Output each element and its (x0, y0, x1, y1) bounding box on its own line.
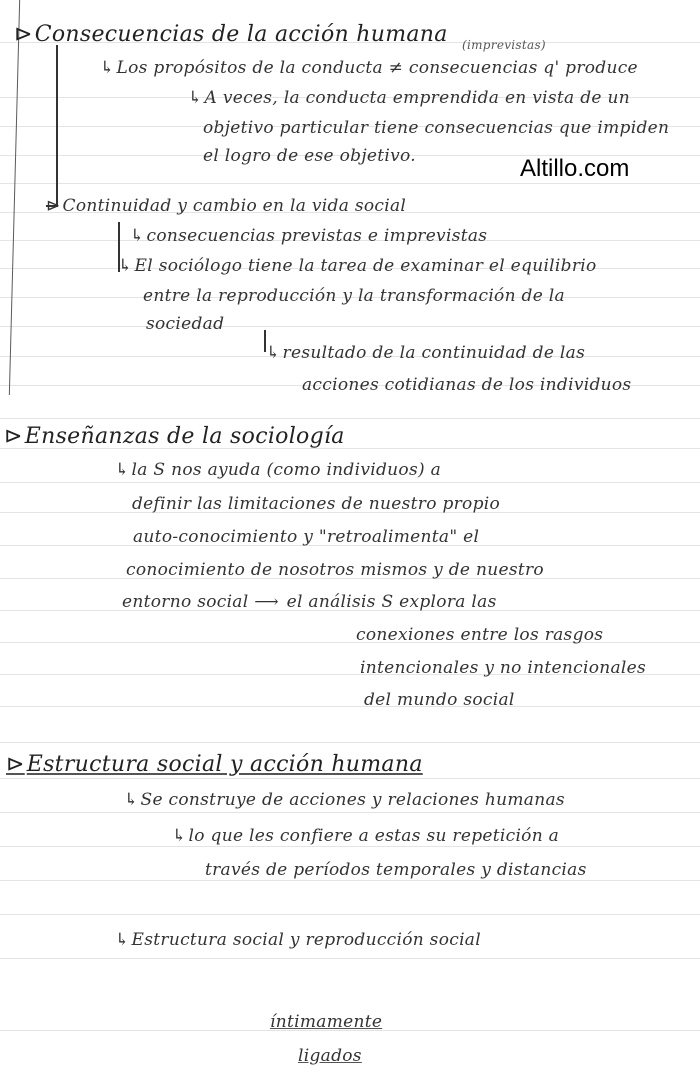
note-line: auto-conocimiento y "retroalimenta" el (133, 527, 479, 547)
long-arrow-icon: ⟶ (254, 592, 279, 612)
section-heading-estructura: ⊳Estructura social y acción humana (6, 752, 423, 777)
ruled-line (0, 914, 700, 915)
note-line: ↳la S nos ayuda (como individuos) a (115, 460, 441, 480)
section-heading-ensenanzas: ⊳Enseñanzas de la sociología (4, 424, 345, 449)
ruled-line (0, 742, 700, 743)
ruled-line (0, 706, 700, 707)
sub-arrow-icon: ↳ (100, 58, 115, 78)
ruled-line (0, 812, 700, 813)
bracket-line (56, 45, 58, 205)
arrow-icon: ⊳ (6, 752, 25, 777)
note-text: resultado de la continuidad de las (283, 343, 586, 363)
note-line: del mundo social (364, 690, 515, 710)
heading-text: Enseñanzas de la sociología (25, 424, 345, 449)
note-line: conexiones entre los rasgos (356, 625, 603, 645)
note-text: entorno social (122, 592, 248, 612)
ruled-line (0, 183, 700, 184)
ruled-line (0, 326, 700, 327)
note-line: objetivo particular tiene consecuencias … (203, 118, 669, 138)
sub-arrow-icon: ↳ (188, 88, 203, 108)
ruled-line (0, 846, 700, 847)
note-text: Estructura social y reproducción social (132, 930, 481, 950)
sub-arrow-icon: ↳ (124, 790, 139, 810)
sub-arrow-icon: ↳ (266, 343, 281, 363)
sub-arrow-icon: ↳ (115, 930, 130, 950)
note-line: ↳Los propósitos de la conducta ≠ consecu… (100, 58, 638, 78)
section-heading-consecuencias: ⊳Consecuencias de la acción humana (14, 22, 448, 47)
note-text: Se construye de acciones y relaciones hu… (141, 790, 565, 810)
note-text: consecuencias previstas e imprevistas (147, 226, 488, 246)
ruled-line (0, 958, 700, 959)
note-line: ↳Se construye de acciones y relaciones h… (124, 790, 565, 810)
note-line: ↳consecuencias previstas e imprevistas (130, 226, 487, 246)
heading-text: Continuidad y cambio en la vida social (63, 196, 407, 216)
watermark: Altillo.com (520, 155, 629, 183)
note-text: El sociólogo tiene la tarea de examinar … (135, 256, 597, 276)
notebook-page: Altillo.com ⊳Consecuencias de la acción … (0, 0, 700, 1090)
note-line: ↳lo que les confiere a estas su repetici… (172, 826, 559, 846)
note-line: ↳Estructura social y reproducción social (115, 930, 481, 950)
sub-arrow-icon: ⊳ (46, 196, 61, 216)
sub-arrow-icon: ↳ (172, 826, 187, 846)
ruled-line (0, 778, 700, 779)
note-line: intencionales y no intencionales (360, 658, 646, 678)
note-text: A veces, la conducta emprendida en vista… (205, 88, 630, 108)
margin-line (9, 0, 20, 395)
note-line: entorno social ⟶ el análisis S explora l… (122, 592, 497, 612)
note-line: ↳A veces, la conducta emprendida en vist… (188, 88, 630, 108)
note-line: íntimamente (270, 1012, 382, 1032)
note-line: conocimiento de nosotros mismos y de nue… (126, 560, 544, 580)
ruled-line (0, 418, 700, 419)
heading-text: Consecuencias de la acción humana (35, 22, 448, 47)
note-text: el análisis S explora las (287, 592, 497, 612)
sub-arrow-icon: ↳ (118, 256, 133, 276)
sub-arrow-icon: ↳ (130, 226, 145, 246)
note-line: ligados (298, 1046, 362, 1066)
ruled-line (0, 880, 700, 881)
note-line: definir las limitaciones de nuestro prop… (132, 494, 500, 514)
note-line: ↳resultado de la continuidad de las (266, 343, 585, 363)
arrow-icon: ⊳ (14, 22, 33, 47)
note-line: través de períodos temporales y distanci… (205, 860, 587, 880)
heading-text: Estructura social y acción humana (27, 752, 423, 777)
note-text: Los propósitos de la conducta ≠ consecue… (117, 58, 638, 78)
note-text: la S nos ayuda (como individuos) a (132, 460, 442, 480)
note-line: ↳El sociólogo tiene la tarea de examinar… (118, 256, 597, 276)
ruled-line (0, 482, 700, 483)
arrow-icon: ⊳ (4, 424, 23, 449)
sub-arrow-icon: ↳ (115, 460, 130, 480)
annotation: (imprevistas) (462, 38, 546, 52)
note-line: el logro de ese objetivo. (203, 146, 416, 166)
note-line: sociedad (146, 314, 224, 334)
note-line: entre la reproducción y la transformació… (143, 286, 565, 306)
section-heading-continuidad: ⊳Continuidad y cambio en la vida social (46, 196, 406, 216)
note-line: acciones cotidianas de los individuos (302, 375, 631, 395)
note-text: lo que les confiere a estas su repetició… (189, 826, 560, 846)
